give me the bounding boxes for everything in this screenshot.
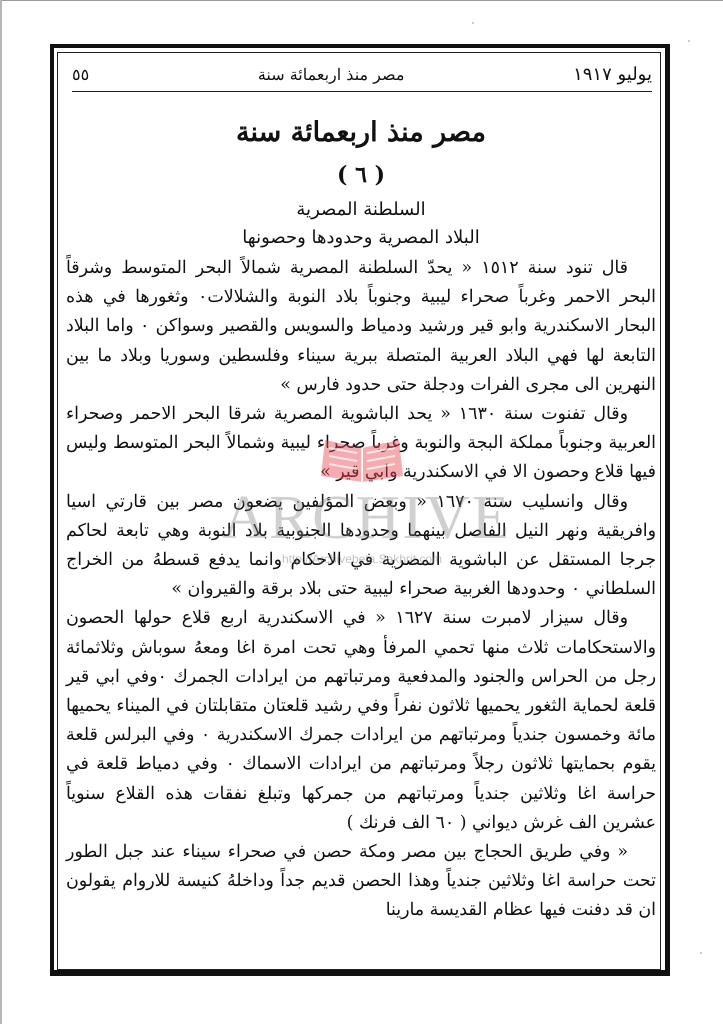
paragraph: وقال وانسليب سنة ١٦٧٠ « وبعض المؤلفين يض… bbox=[66, 488, 656, 605]
scan-speck bbox=[472, 22, 474, 24]
paragraph: وقال سيزار لامبرت سنة ١٦٢٧ « في الاسكندر… bbox=[66, 604, 656, 838]
paragraph: وقال تفنوت سنة ١٦٣٠ « يحد الباشوية المصر… bbox=[66, 400, 656, 488]
scan-edge bbox=[0, 0, 2, 1024]
article-title: مصر منذ اربعمائة سنة bbox=[66, 114, 656, 152]
section-heading: السلطنة المصرية bbox=[66, 196, 656, 224]
scan-edge bbox=[0, 0, 723, 1]
running-head: يوليو ١٩١٧ مصر منذ اربعمائة سنة ٥٥ bbox=[72, 60, 652, 88]
paragraph: « وفي طريق الحجاج بين مصر ومكة حصن في صح… bbox=[66, 838, 656, 926]
issue-date: يوليو ١٩١٧ bbox=[573, 64, 652, 85]
article-body: قال تنود سنة ١٥١٢ « يحدّ السلطنة المصرية… bbox=[66, 254, 656, 926]
header-rule bbox=[72, 91, 652, 92]
paragraph: قال تنود سنة ١٥١٢ « يحدّ السلطنة المصرية… bbox=[66, 254, 656, 400]
part-number: ( ٦ ) bbox=[66, 160, 656, 190]
article: مصر منذ اربعمائة سنة ( ٦ ) السلطنة المصر… bbox=[66, 108, 656, 926]
scan-speck bbox=[700, 952, 702, 954]
subsection-heading: البلاد المصرية وحدودها وحصونها bbox=[66, 224, 656, 252]
page-number: ٥٥ bbox=[72, 65, 89, 84]
running-title: مصر منذ اربعمائة سنة bbox=[258, 65, 405, 84]
scan-speck bbox=[688, 40, 690, 42]
